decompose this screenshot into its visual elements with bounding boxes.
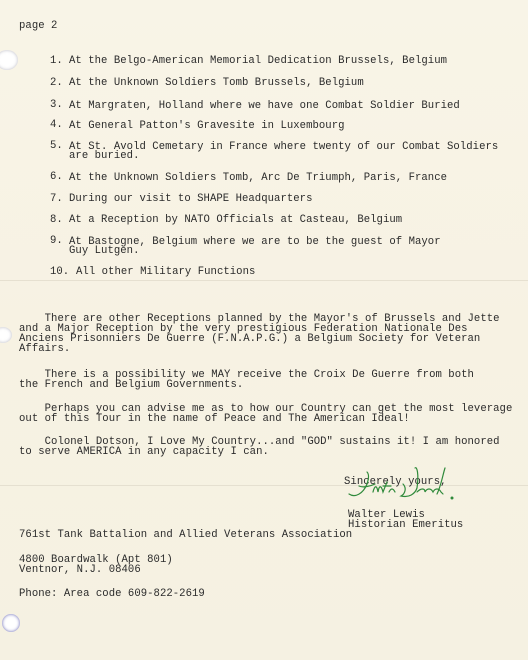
page-label: page 2: [19, 21, 57, 32]
punch-hole-tear: [0, 50, 18, 70]
list-item: At the Unknown Soldiers Tomb, Arc De Tri…: [69, 173, 447, 184]
list-item: All other Military Functions: [76, 267, 255, 278]
organization-name: 761st Tank Battalion and Allied Veterans…: [19, 530, 352, 541]
handwritten-signature: [345, 464, 495, 510]
paper-fold: [0, 280, 528, 281]
list-number: 6.: [50, 172, 63, 183]
list-number: 10.: [50, 267, 69, 278]
paragraph-line: the French and Belgium Governments.: [19, 380, 243, 391]
list-item: At Margraten, Holland where we have one …: [69, 101, 460, 112]
signer-title: Historian Emeritus: [348, 520, 463, 531]
phone-number: Phone: Area code 609-822-2619: [19, 589, 205, 600]
punch-hole-tear: [0, 327, 12, 343]
list-number: 8.: [50, 215, 63, 226]
list-item-continuation: are buried.: [69, 151, 139, 162]
list-item: During our visit to SHAPE Headquarters: [69, 194, 312, 205]
paragraph-line: out of this Tour in the name of Peace an…: [19, 414, 410, 425]
list-number: 4.: [50, 120, 63, 131]
list-number: 1.: [50, 56, 63, 67]
list-item: At General Patton's Gravesite in Luxembo…: [69, 121, 345, 132]
paragraph-line: to serve AMERICA in any capacity I can.: [19, 447, 269, 458]
list-number: 3.: [50, 100, 63, 111]
punch-hole-tear: [2, 614, 20, 632]
list-item: At a Reception by NATO Officials at Cast…: [69, 215, 402, 226]
list-number: 2.: [50, 78, 63, 89]
paragraph-line: Anciens Prisonniers De Guerre (F.N.A.P.G…: [19, 334, 480, 345]
paragraph-line: Affairs.: [19, 344, 70, 355]
address-line-2: Ventnor, N.J. 08406: [19, 565, 141, 576]
list-number: 7.: [50, 194, 63, 205]
list-number: 9.: [50, 236, 63, 247]
list-item: At the Unknown Soldiers Tomb Brussels, B…: [69, 78, 364, 89]
letter-page: page 2 1. At the Belgo-American Memorial…: [0, 0, 528, 660]
list-item-continuation: Guy Lutgen.: [69, 246, 139, 257]
list-item: At the Belgo-American Memorial Dedicatio…: [69, 56, 447, 67]
list-number: 5.: [50, 141, 63, 152]
